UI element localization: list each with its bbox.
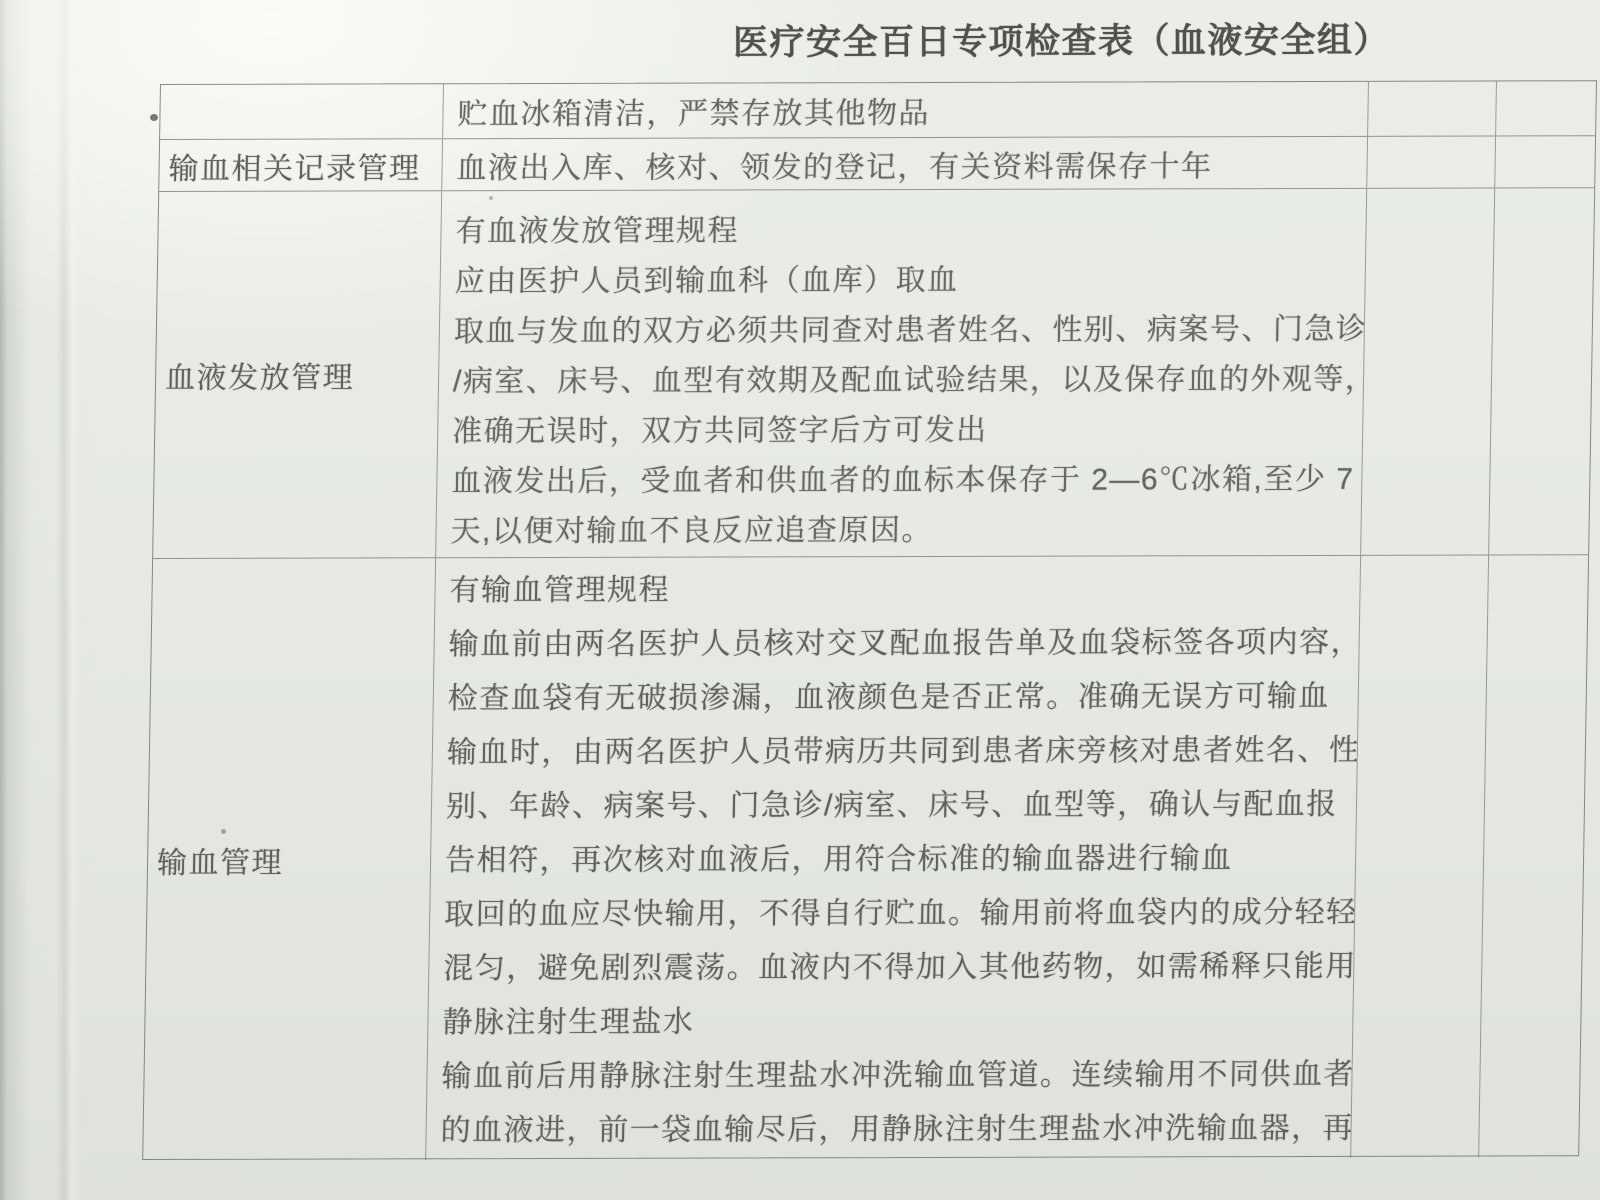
inspection-table: 贮血冰箱清洁，严禁存放其他物品 输血相关记录管理 血液出入库、核对、领发的登记，… (142, 80, 1597, 1160)
content-line: 天,以便对输血不良反应追查原因。 (450, 505, 1355, 557)
category-label: 输血相关记录管理 (168, 143, 421, 188)
category-label: 输血管理 (157, 838, 284, 882)
check-cell (1368, 81, 1497, 136)
content-line: 应由医护人员到输血科（血库）取血 (454, 255, 1359, 307)
content-line: 血液出入库、核对、领发的登记，有关资料需保存十年 (456, 141, 1213, 187)
content-line: 静脉注射生理盐水 (442, 994, 1347, 1050)
content-line: 取血与发血的双方必须共同查对患者姓名、性别、病案号、门急诊 (453, 305, 1358, 357)
ink-speck (221, 829, 226, 834)
check-cell (1351, 556, 1489, 1158)
remark-cell (1479, 555, 1588, 1157)
content-line: 检查血袋有无破损渗漏，血液颜色是否正常。准确无误方可输血 (447, 670, 1352, 726)
content-line: 输血时，由两名医护人员带病历共同到患者床旁核对患者姓名、性 (446, 724, 1351, 780)
content-line: 输血前由两名医护人员核对交叉配血报告单及血袋标签各项内容， (448, 616, 1353, 672)
content-line: 有输血管理规程 (449, 562, 1354, 618)
category-cell-records: 输血相关记录管理 (159, 139, 443, 192)
content-line: 有血液发放管理规程 (455, 205, 1360, 257)
content-cell-blood-issue: 有血液发放管理规程 应由医护人员到输血科（血库）取血 取血与发血的双方必须共同查… (436, 189, 1367, 558)
check-cell (1367, 137, 1496, 189)
content-cell-records: 血液出入库、核对、领发的登记，有关资料需保存十年 (442, 137, 1368, 191)
content-line: 准确无误时，双方共同签字后方可发出 (452, 405, 1357, 457)
category-cell-blood-issue: 血液发放管理 (153, 191, 442, 559)
content-cell-transfusion: 有输血管理规程 输血前由两名医护人员核对交叉配血报告单及血袋标签各项内容， 检查… (426, 556, 1361, 1160)
remark-cell (1489, 188, 1594, 555)
content-line: 贮血冰箱清洁，严禁存放其他物品 (457, 88, 930, 133)
content-line: 混匀，避免剧烈震荡。血液内不得加入其他药物，如需稀释只能用 (443, 940, 1348, 996)
content-line: 的血液进，前一袋血输尽后，用静脉注射生理盐水冲洗输血器，再 (440, 1102, 1345, 1158)
ink-speck (489, 196, 493, 200)
ink-speck (150, 114, 158, 121)
content-cell-freezer: 贮血冰箱清洁，严禁存放其他物品 (443, 82, 1369, 139)
content-line: 血液发出后，受血者和供血者的血标本保存于 2—6℃冰箱,至少 7 (451, 455, 1356, 507)
category-cell-freezer (160, 84, 444, 140)
category-cell-transfusion: 输血管理 (143, 558, 436, 1161)
content-line: /病室、床号、血型有效期及配血试验结果，以及保存血的外观等， (453, 355, 1358, 407)
content-line: 告相符，再次核对血液后，用符合标准的输血器进行输血 (445, 832, 1350, 888)
category-label: 血液发放管理 (165, 352, 355, 396)
content-line: 别、年龄、病案号、门急诊/病室、床号、血型等，确认与配血报 (446, 778, 1351, 834)
page-title: 医疗安全百日专项检查表（血液安全组） (733, 13, 1390, 66)
remark-cell (1496, 81, 1596, 136)
inspection-table-wrap: 贮血冰箱清洁，严禁存放其他物品 输血相关记录管理 血液出入库、核对、领发的登记，… (142, 80, 1597, 1160)
remark-cell (1495, 136, 1595, 188)
check-cell (1361, 189, 1495, 556)
content-line: 取回的血应尽快输用，不得自行贮血。输用前将血袋内的成分轻轻 (444, 886, 1349, 942)
content-line: 输血前后用静脉注射生理盐水冲洗输血管道。连续输用不同供血者 (441, 1048, 1346, 1104)
